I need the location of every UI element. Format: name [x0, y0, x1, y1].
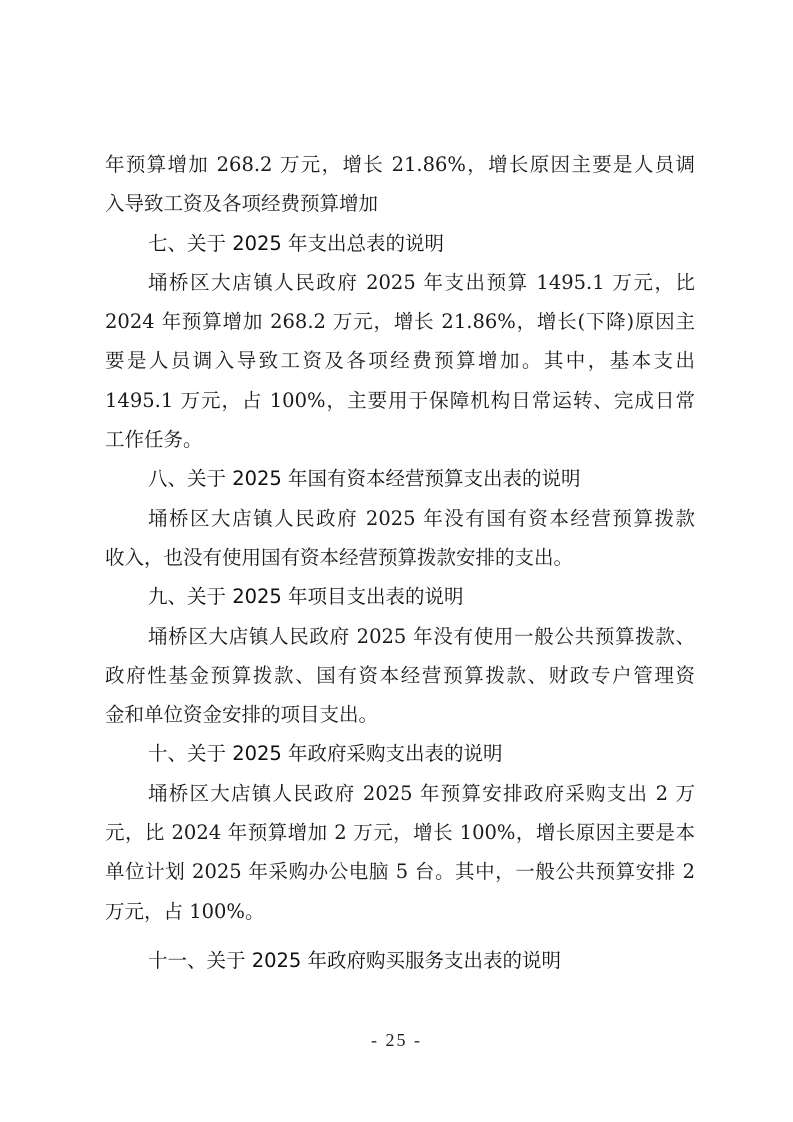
- paragraph-line: 埇桥区大店镇人民政府 2025 年支出预算 1495.1 万元，比: [105, 263, 695, 302]
- paragraph-line: 收入，也没有使用国有资本经营预算拨款安排的支出。: [105, 538, 695, 577]
- document-page: 年预算增加 268.2 万元，增长 21.86%，增长原因主要是人员调 入导致工…: [0, 0, 793, 1122]
- section-heading-9: 九、关于 2025 年项目支出表的说明: [105, 577, 695, 616]
- paragraph-line: 万元，占 100%。: [105, 892, 695, 931]
- page-content: 年预算增加 268.2 万元，增长 21.86%，增长原因主要是人员调 入导致工…: [105, 145, 695, 980]
- paragraph-line: 金和单位资金安排的项目支出。: [105, 695, 695, 734]
- paragraph-line: 年预算增加 268.2 万元，增长 21.86%，增长原因主要是人员调: [105, 145, 695, 184]
- paragraph-line: 要是人员调入导致工资及各项经费预算增加。其中，基本支出: [105, 341, 695, 380]
- paragraph-line: 政府性基金预算拨款、国有资本经营预算拨款、财政专户管理资: [105, 656, 695, 695]
- paragraph-line: 单位计划 2025 年采购办公电脑 5 台。其中，一般公共预算安排 2: [105, 852, 695, 891]
- section-heading-11: 十一、关于 2025 年政府购买服务支出表的说明: [105, 941, 695, 980]
- paragraph-line: 元，比 2024 年预算增加 2 万元，增长 100%，增长原因主要是本: [105, 813, 695, 852]
- section-heading-8: 八、关于 2025 年国有资本经营预算支出表的说明: [105, 459, 695, 498]
- section-heading-10: 十、关于 2025 年政府采购支出表的说明: [105, 734, 695, 773]
- section-heading-7: 七、关于 2025 年支出总表的说明: [105, 224, 695, 263]
- paragraph-line: 埇桥区大店镇人民政府 2025 年没有使用一般公共预算拨款、: [105, 617, 695, 656]
- paragraph-line: 2024 年预算增加 268.2 万元，增长 21.86%，增长(下降)原因主: [105, 302, 695, 341]
- paragraph-line: 1495.1 万元，占 100%，主要用于保障机构日常运转、完成日常: [105, 381, 695, 420]
- paragraph-line: 埇桥区大店镇人民政府 2025 年没有国有资本经营预算拨款: [105, 499, 695, 538]
- paragraph-line: 工作任务。: [105, 420, 695, 459]
- page-number: - 25 -: [0, 1030, 793, 1051]
- paragraph-line: 埇桥区大店镇人民政府 2025 年预算安排政府采购支出 2 万: [105, 774, 695, 813]
- paragraph-line: 入导致工资及各项经费预算增加: [105, 184, 695, 223]
